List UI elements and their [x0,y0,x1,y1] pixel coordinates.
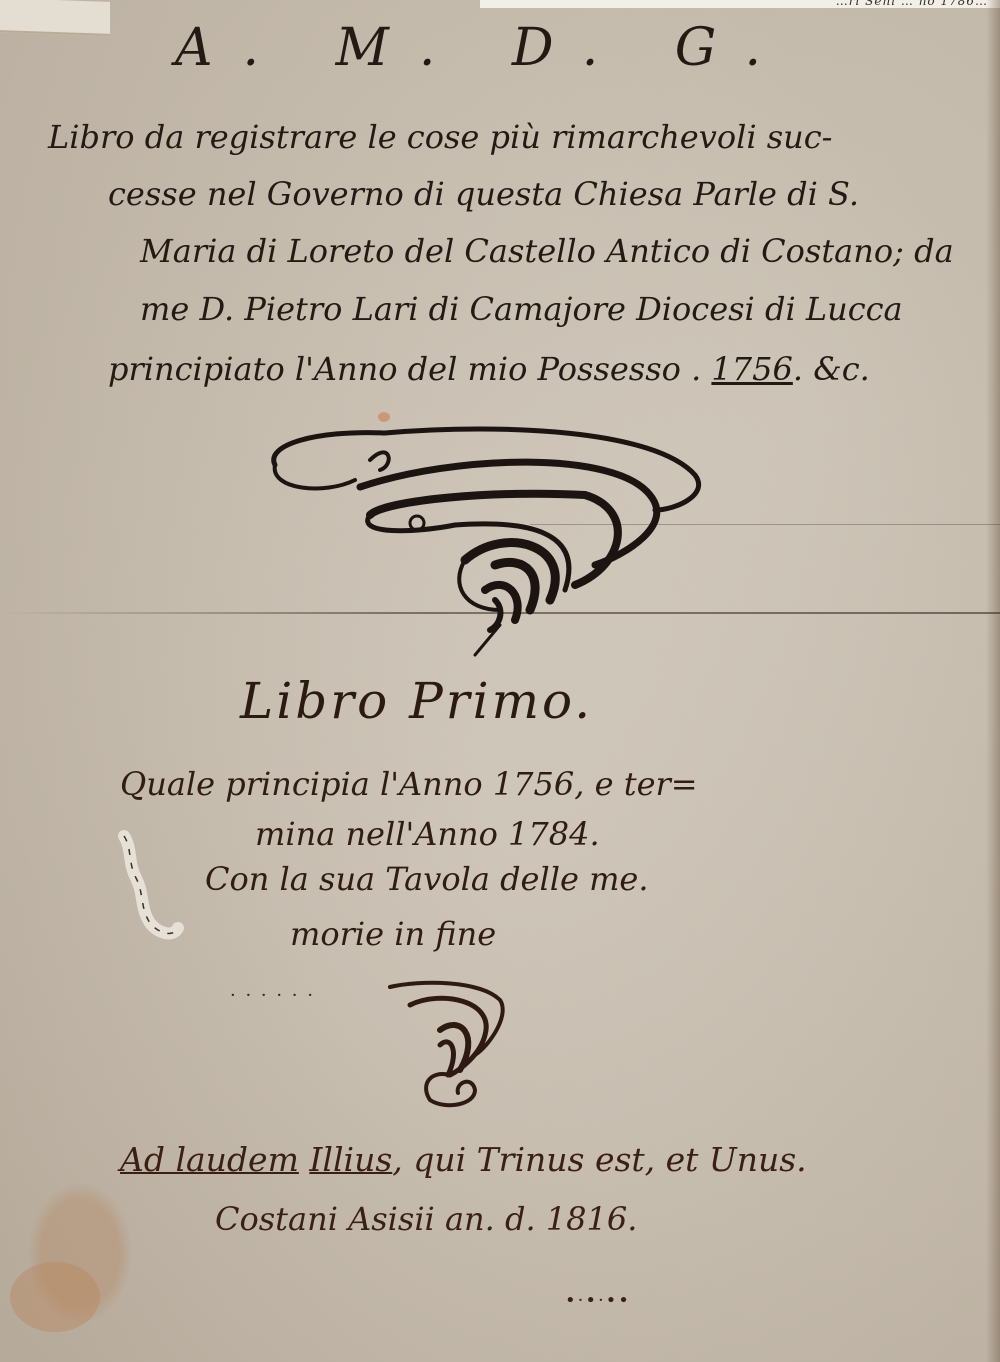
heading-line-2: cesse nel Governo di questa Chiesa Parle… [108,175,859,213]
top-paper-strip: …ri Seni … no 1786… [480,0,1000,8]
manuscript-page: …ri Seni … no 1786… A. M. D. G. Libro da… [0,0,1000,1362]
small-spiral-flourish-icon [380,975,510,1115]
start-year: 1756 [711,350,792,388]
heading-line-1: Libro da registrare le cose più rimarche… [48,118,832,156]
subtitle-line-1: Quale principia l'Anno 1756, e ter= [120,765,698,803]
invocation-amdg: A. M. D. G. [175,18,791,78]
top-strip-text: …ri Seni … no 1786… [836,0,988,8]
heading-line-4: me D. Pietro Lari di Camajore Diocesi di… [140,290,903,328]
wormhole-damage [118,828,188,943]
water-stain [10,1262,100,1332]
motto-part-1: Ad laudem [120,1140,299,1179]
motto-part-2: Illius [309,1140,392,1179]
heading-line-3: Maria di Loreto del Castello Antico di C… [140,232,954,270]
subtitle-line-3: Con la sua Tavola delle me. [205,860,649,898]
latin-motto: Ad laudem Illius, qui Trinus est, et Unu… [120,1140,807,1179]
heading-suffix: . &c. [793,350,870,388]
book-title: Libro Primo. [240,672,593,730]
subtitle-line-2: mina nell'Anno 1784. [255,815,600,853]
ink-dots-1: · · · · · · [230,985,315,1006]
heading-line-5: principiato l'Anno del mio Possesso . 17… [108,350,870,388]
motto-part-3: , qui Trinus est, et Unus. [392,1140,806,1179]
page-edge-shadow [986,0,1000,1362]
colophon: Costani Asisii an. d. 1816. [215,1200,637,1238]
torn-paper-corner [0,0,110,36]
heading-line-5-text: principiato l'Anno del mio Possesso . [108,350,701,388]
subtitle-line-4: morie in fine [290,915,496,953]
large-spiral-flourish-icon [255,415,725,665]
ink-dots-2: •·•·•• [565,1290,631,1311]
